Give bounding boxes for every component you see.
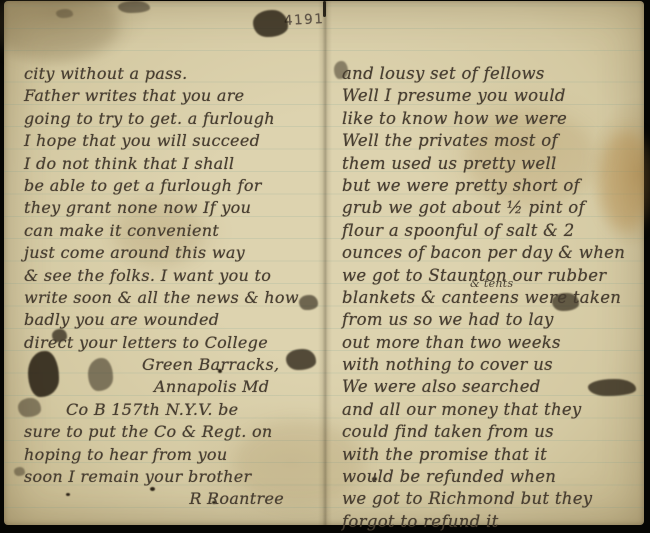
letter-line: R Roantree — [24, 488, 318, 510]
letter-line: soon I remain your brother — [24, 466, 318, 488]
letter-line: Father writes that you are — [24, 85, 318, 107]
letter-line: going to try to get. a furlough — [24, 108, 318, 130]
letter-line: flour a spoonful of salt & 2 — [342, 220, 650, 242]
letter-line: can make it convenient — [24, 220, 318, 242]
letter-line: city without a pass. — [24, 63, 318, 85]
letter-line: them used us pretty well — [342, 153, 650, 175]
letter-line: they grant none now If you — [24, 197, 318, 219]
letter-line: we got to Staunton our rubber — [342, 265, 650, 287]
letter-line: Well I presume you would — [342, 85, 650, 107]
letter-line: I hope that you will succeed — [24, 130, 318, 152]
letter-line: Green Barracks, — [24, 354, 318, 376]
letter-line: would be refunded when — [342, 466, 650, 488]
letter-line: like to know how we were — [342, 108, 650, 130]
letter-line: and lousy set of fellows — [342, 63, 650, 85]
letter-line: I do not think that I shall — [24, 153, 318, 175]
letter-line: with the promise that it — [342, 444, 650, 466]
letter-line: from us so we had to lay — [342, 309, 650, 331]
letter-line: but we were pretty short of — [342, 175, 650, 197]
letter-line: we got to Richmond but they — [342, 488, 650, 510]
letter-line: hoping to hear from you — [24, 444, 318, 466]
letter-line: Annapolis Md — [24, 376, 318, 398]
letter-line: & see the folks. I want you to — [24, 265, 318, 287]
letter-line: be able to get a furlough for — [24, 175, 318, 197]
letter-line: could find taken from us — [342, 421, 650, 443]
letter-line: We were also searched — [342, 376, 650, 398]
letter-line: forgot to refund it — [342, 511, 650, 533]
letter-line: Co B 157th N.Y.V. be — [24, 399, 318, 421]
letter-line: sure to put the Co & Regt. on — [24, 421, 318, 443]
letter-line: ounces of bacon per day & when — [342, 242, 650, 264]
letter-line: direct your letters to College — [24, 332, 318, 354]
letter-line: blankets & canteens were taken — [342, 287, 650, 309]
letter-line: badly you are wounded — [24, 309, 318, 331]
letter-scan: 4191 city without a pass.Father writes t… — [0, 0, 650, 533]
letter-line: out more than two weeks — [342, 332, 650, 354]
letter-page-left: city without a pass.Father writes that y… — [4, 1, 324, 525]
letter-paper: 4191 city without a pass.Father writes t… — [4, 1, 644, 525]
letter-line: with nothing to cover us — [342, 354, 650, 376]
letter-line: write soon & all the news & how — [24, 287, 318, 309]
letter-line: Well the privates most of — [342, 130, 650, 152]
letter-line: grub we got about ½ pint of — [342, 197, 650, 219]
letter-line: just come around this way — [24, 242, 318, 264]
letter-line: and all our money that they — [342, 399, 650, 421]
letter-page-right: and lousy set of fellowsWell I presume y… — [330, 1, 650, 525]
